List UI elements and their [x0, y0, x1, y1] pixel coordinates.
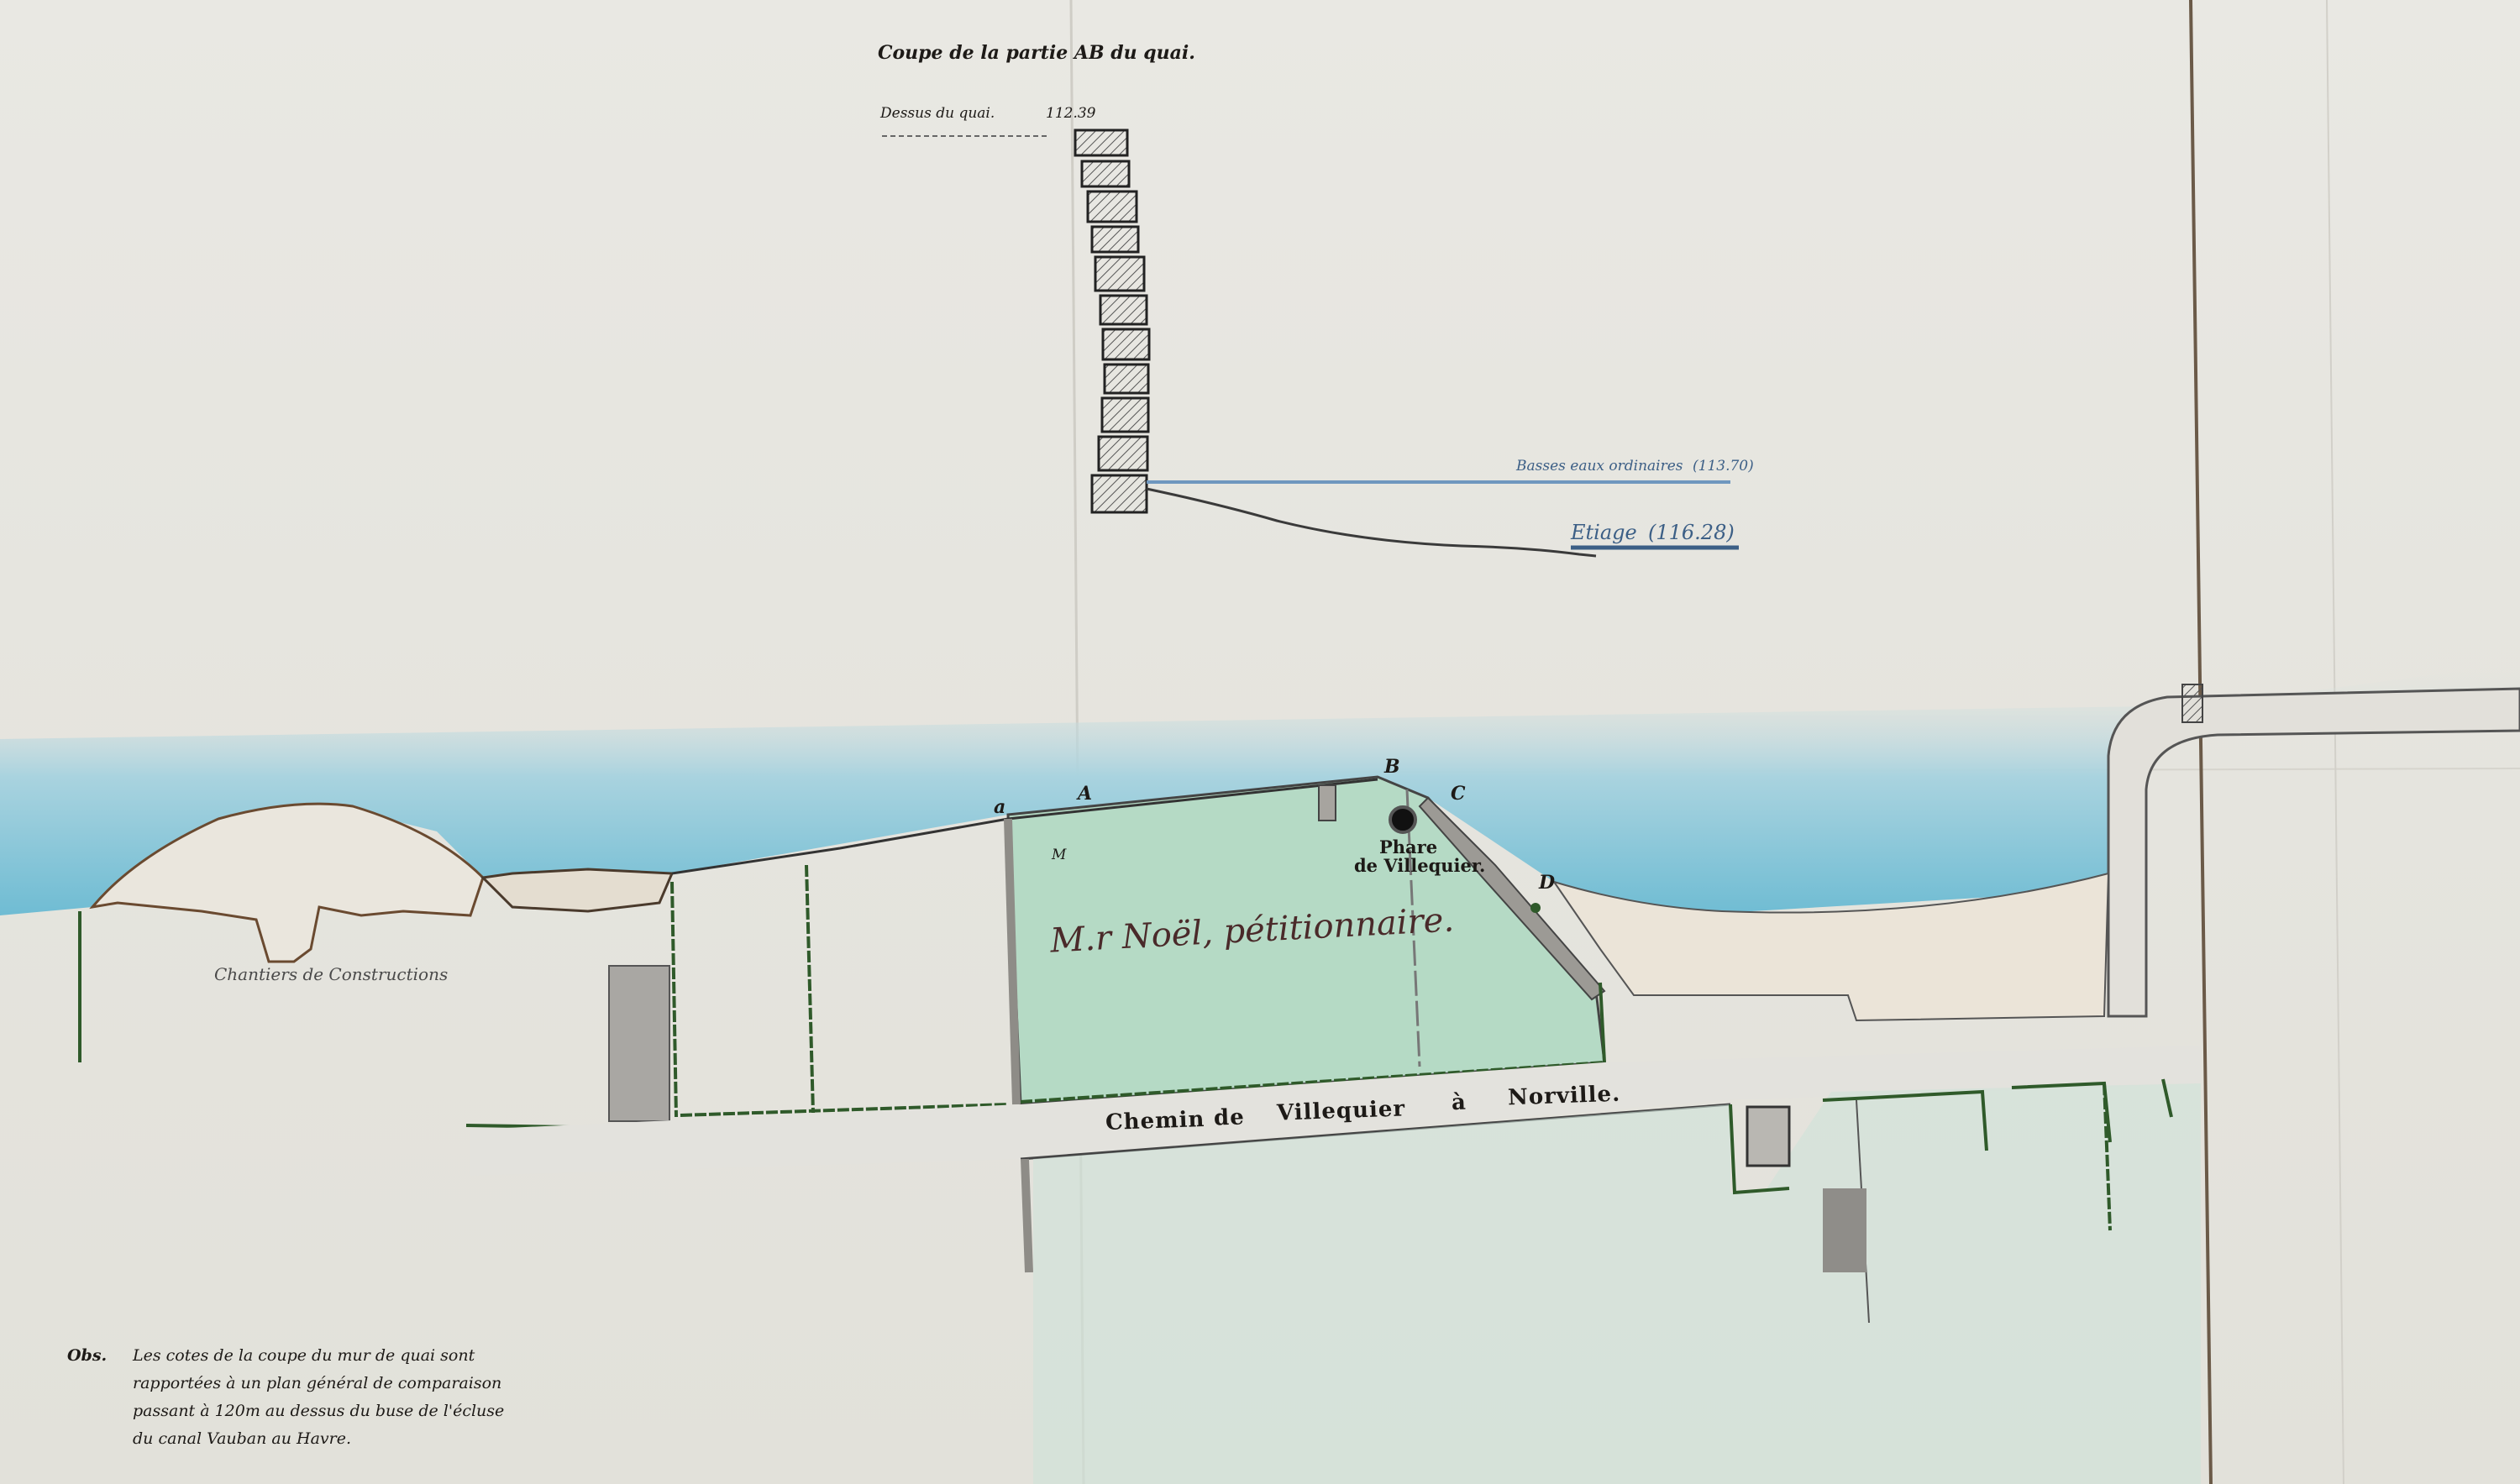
- road-label-chemin: Chemin: [1105, 1107, 1205, 1135]
- point-d: D: [1539, 872, 1555, 894]
- shipyard-label: Chantiers de Constructions: [214, 964, 448, 984]
- observation-line: Les cotes de la coupe du mur de quai son…: [133, 1342, 475, 1370]
- observation-prefix: Obs.: [67, 1342, 107, 1370]
- section-title: Coupe de la partie AB du quai.: [878, 42, 1195, 64]
- observation-line: du canal Vauban au Havre.: [133, 1425, 351, 1453]
- ordinary-low-water-value: (113.70): [1693, 458, 1754, 475]
- road-label-norville: Norville.: [1508, 1082, 1621, 1111]
- road-label-villequier: Villequier: [1277, 1096, 1406, 1125]
- quay-top-value: 112.39: [1046, 105, 1095, 122]
- ordinary-low-water-label: Basses eaux ordinaires: [1516, 458, 1683, 475]
- building: [609, 966, 669, 1121]
- low-water-value: (116.28): [1648, 521, 1735, 544]
- quay-top-label: Dessus du quai.: [880, 105, 995, 122]
- low-water-label: Etiage: [1571, 521, 1637, 544]
- point-a-lower: a: [994, 796, 1005, 818]
- observation-line: passant à 120m au dessus du buse de l'éc…: [133, 1397, 504, 1425]
- riverbed-profile: [1147, 489, 1596, 556]
- road-label-de: de: [1213, 1104, 1245, 1130]
- building: [1823, 1188, 1866, 1272]
- lock-quay: [2108, 689, 2520, 1016]
- road-label-a: à: [1451, 1090, 1467, 1116]
- plan-drawing: [0, 0, 2520, 1484]
- point-d-marker: [1530, 903, 1541, 913]
- lighthouse-label-line2: de Villequier.: [1354, 855, 1485, 876]
- point-m: M: [1052, 847, 1066, 863]
- point-a: A: [1078, 783, 1092, 805]
- point-c: C: [1451, 783, 1466, 805]
- observation-line: rapportées à un plan général de comparai…: [133, 1370, 501, 1397]
- lighthouse-icon: [1390, 807, 1415, 832]
- map-sheet: Coupe de la partie AB du quai. Dessus du…: [0, 0, 2520, 1484]
- rubble-bank: [483, 869, 672, 911]
- point-b: B: [1384, 756, 1400, 778]
- quay-section: [882, 130, 1739, 556]
